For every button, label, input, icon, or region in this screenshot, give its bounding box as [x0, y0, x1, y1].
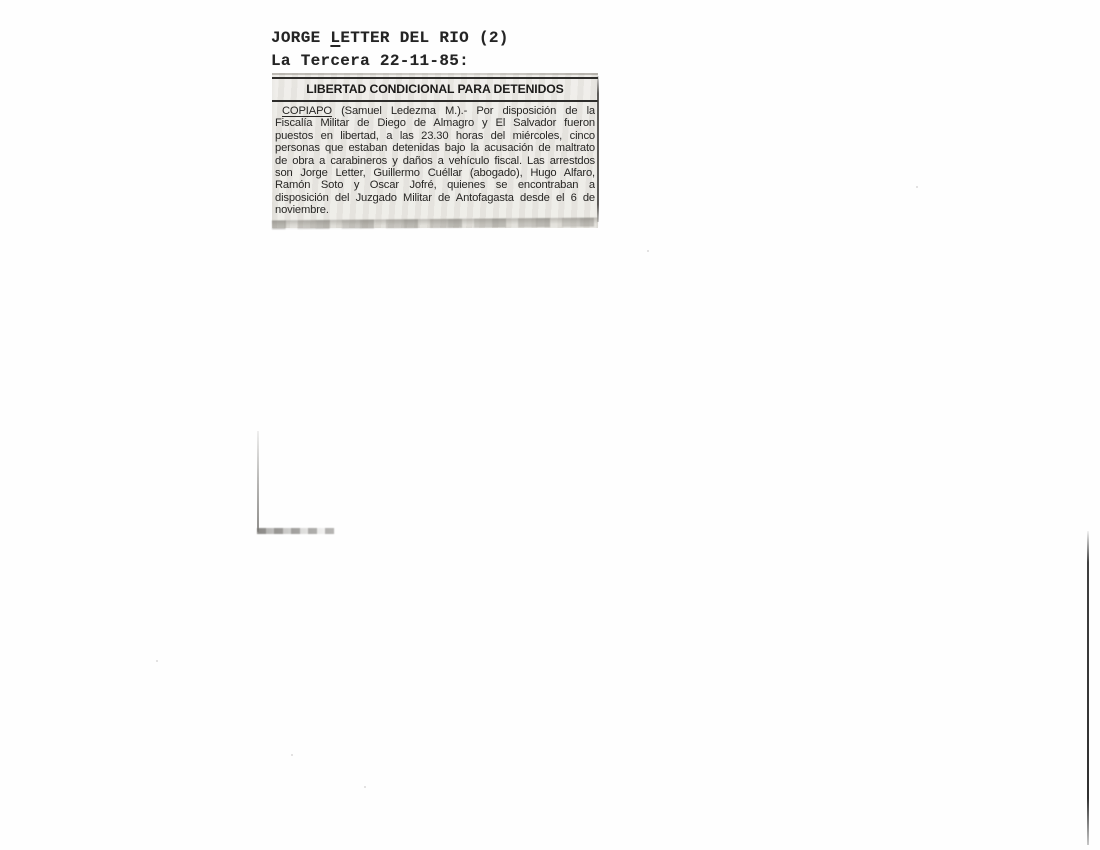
typed-heading-line1-underlined: L [330, 29, 340, 47]
scan-artifact-left-smudge [257, 528, 335, 534]
body-line-1-dateline: COPIAPO [282, 105, 332, 117]
scan-speck [364, 786, 366, 788]
newspaper-clipping: LIBERTAD CONDICIONAL PARA DETENIDOS COPI… [272, 73, 598, 228]
body-line-9: noviembre. [275, 204, 595, 216]
body-line-1-rest: (Samuel Ledezma M.).- Por disposición de… [332, 105, 595, 117]
typed-heading-line1-post: ETTER DEL RIO (2) [340, 29, 508, 47]
typed-heading-line1: JORGE LETTER DEL RIO (2) [271, 29, 509, 47]
scan-artifact-right-line [1087, 531, 1089, 845]
clipping-body: COPIAPO (Samuel Ledezma M.).- Por dispos… [272, 102, 598, 217]
body-line-6: son Jorge Letter, Guillermo Cuéllar (abo… [275, 167, 595, 179]
clipping-torn-bottom-edge [272, 217, 598, 229]
clipping-headline-box: LIBERTAD CONDICIONAL PARA DETENIDOS [272, 77, 598, 102]
scan-artifact-left-line [257, 431, 259, 532]
scan-speck [916, 186, 918, 188]
body-line-4: personas que estaban detenidas bajo la a… [275, 142, 595, 154]
scanned-page: JORGE LETTER DEL RIO (2) La Tercera 22-1… [0, 0, 1100, 850]
clipping-top-edge [272, 73, 598, 75]
body-line-7: Ramón Soto y Oscar Jofré, quienes se enc… [275, 179, 595, 191]
scan-speck [647, 250, 649, 252]
scan-speck [156, 660, 158, 662]
clipping-headline: LIBERTAD CONDICIONAL PARA DETENIDOS [306, 82, 563, 96]
body-line-2: Fiscalía Militar de Diego de Almagro y E… [275, 117, 595, 129]
body-line-3: puestos en libertad, a las 23.30 horas d… [275, 130, 595, 142]
typed-heading-line1-pre: JORGE [271, 29, 330, 47]
typed-heading-line2: La Tercera 22-11-85: [271, 52, 469, 70]
body-line-5: de obra a carabineros y daños a vehículo… [275, 155, 595, 167]
body-line-8: disposición del Juzgado Militar de Antof… [275, 192, 595, 204]
scan-speck [291, 754, 293, 756]
body-line-1: COPIAPO (Samuel Ledezma M.).- Por dispos… [275, 105, 595, 117]
